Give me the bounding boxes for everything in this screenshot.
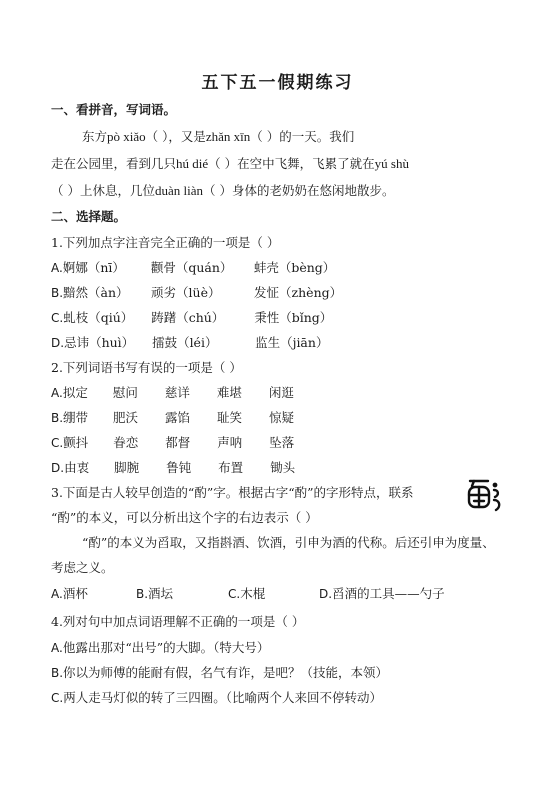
text: （ ），又是 bbox=[146, 129, 206, 144]
option-text: 木棍 bbox=[240, 586, 265, 601]
option-label: D. bbox=[51, 336, 64, 350]
option-item: 由衷 bbox=[64, 459, 114, 477]
option-label: C. bbox=[51, 691, 63, 705]
q2-option-b: B.绷带肥沃露馅耻笑惊疑 bbox=[51, 409, 294, 427]
option-label: A. bbox=[51, 386, 63, 400]
option-text: 他露出那对“出号”的大脚。（特大号） bbox=[63, 640, 270, 655]
option-item: 声呐 bbox=[217, 434, 269, 452]
option-item: 肥沃 bbox=[113, 409, 165, 427]
section1-line2: 走在公园里，看到几只hú dié（ ）在空中飞舞，飞累了就在yú shù bbox=[51, 155, 409, 173]
text: （ ）身体的老奶奶在悠闲地散步。 bbox=[203, 183, 394, 198]
q3-note-line1: “酌”的本义为舀取，又指斟酒、饮酒，引申为酒的代称。后还引申为度量、 bbox=[82, 534, 495, 552]
option-item: 坠落 bbox=[269, 434, 294, 452]
pinyin-duanlian: duàn liàn bbox=[155, 183, 203, 198]
option-label: A. bbox=[51, 587, 63, 601]
option-item: 耻笑 bbox=[217, 409, 269, 427]
option-item: 脚腕 bbox=[114, 459, 166, 477]
option-item: 惊疑 bbox=[269, 409, 294, 427]
option-item: 锄头 bbox=[270, 459, 295, 477]
q1-stem: 1.下列加点字注音完全正确的一项是（ ） bbox=[51, 234, 279, 252]
option-item: 眷恋 bbox=[113, 434, 165, 452]
option-text: 酒杯 bbox=[63, 586, 88, 601]
option-item: 婀娜（nī） bbox=[63, 259, 151, 277]
text: （ ）在空中飞舞，飞累了就在 bbox=[208, 156, 374, 171]
q3-stem-line2: “酌”的本义，可以分析出这个字的右边表示（ ） bbox=[51, 509, 318, 527]
pinyin-poxiao: pò xiǎo bbox=[107, 129, 146, 144]
q3-option-c: C.木棍 bbox=[228, 585, 319, 603]
option-label: B. bbox=[136, 587, 148, 601]
option-item: 颧骨（quán） bbox=[151, 259, 254, 277]
option-item: 都督 bbox=[165, 434, 217, 452]
option-item: 黯然（àn） bbox=[63, 284, 151, 302]
q1-option-d: D.忌讳（huì）擂鼓（léi）监生（jiān） bbox=[51, 334, 328, 352]
q3-option-a: A.酒杯 bbox=[51, 585, 136, 603]
q1-option-b: B.黯然（àn）顽劣（lüè）发怔（zhèng） bbox=[51, 284, 342, 302]
option-text: 舀酒的工具——勺子 bbox=[332, 586, 445, 601]
option-item: 忌讳（huì） bbox=[64, 334, 152, 352]
option-item: 发怔（zhèng） bbox=[254, 284, 342, 302]
page-title: 五下五一假期练习 bbox=[0, 68, 555, 93]
q3-note-line2: 考虑之义。 bbox=[51, 559, 114, 577]
q2-option-c: C.颤抖眷恋都督声呐坠落 bbox=[51, 434, 294, 452]
q3-option-b: B.酒坛 bbox=[136, 585, 228, 603]
q4-option-c: C.两人走马灯似的转了三四圈。（比喻两个人来回不停转动） bbox=[51, 689, 382, 707]
option-item: 颤抖 bbox=[63, 434, 113, 452]
q3-options: A.酒杯B.酒坛C.木棍D.舀酒的工具——勺子 bbox=[51, 585, 445, 603]
section1-line3: （ ）上休息，几位duàn liàn（ ）身体的老奶奶在悠闲地散步。 bbox=[51, 182, 394, 200]
q3-stem-line1: 3.下面是古人较早创造的“酌”字。根据古字“酌”的字形特点，联系 bbox=[51, 484, 414, 502]
q2-option-a: A.拟定慰问慈详难堪闲逛 bbox=[51, 384, 294, 402]
q4-stem: 4.列对句中加点词语理解不正确的一项是（ ） bbox=[51, 613, 304, 631]
q4-option-b: B.你以为师傅的能耐有假，名气有诈，是吧？（技能，本领） bbox=[51, 664, 388, 682]
section1-heading: 一、看拼音，写词语。 bbox=[51, 101, 176, 119]
q1-option-a: A.婀娜（nī）颧骨（quán）蚌壳（bèng） bbox=[51, 259, 335, 277]
option-label: D. bbox=[51, 461, 64, 475]
option-label: D. bbox=[319, 587, 332, 601]
option-item: 绷带 bbox=[63, 409, 113, 427]
option-item: 监生（jiān） bbox=[255, 334, 328, 352]
option-label: B. bbox=[51, 666, 63, 680]
option-item: 露馅 bbox=[165, 409, 217, 427]
text: 东方 bbox=[82, 129, 107, 144]
q1-option-c: C.虬枝（qiú）踌躇（chú）秉性（bǐng） bbox=[51, 309, 332, 327]
worksheet-page: 五下五一假期练习 一、看拼音，写词语。 东方pò xiǎo（ ），又是zhǎn … bbox=[0, 0, 555, 785]
option-item: 擂鼓（léi） bbox=[152, 334, 255, 352]
option-item: 慰问 bbox=[113, 384, 165, 402]
option-text: 你以为师傅的能耐有假，名气有诈，是吧？（技能，本领） bbox=[63, 665, 388, 680]
pinyin-hudie: hú dié bbox=[176, 156, 208, 171]
text: 走在公园里，看到几只 bbox=[51, 156, 176, 171]
option-item: 布置 bbox=[218, 459, 270, 477]
q3-option-d: D.舀酒的工具——勺子 bbox=[319, 585, 445, 603]
option-item: 秉性（bǐng） bbox=[254, 309, 332, 327]
option-text: 酒坛 bbox=[148, 586, 173, 601]
option-label: C. bbox=[228, 587, 240, 601]
option-item: 慈详 bbox=[165, 384, 217, 402]
option-item: 闲逛 bbox=[269, 384, 294, 402]
text: （ ）上休息，几位 bbox=[51, 183, 155, 198]
option-item: 鲁钝 bbox=[166, 459, 218, 477]
text: （ ）的一天。我们 bbox=[250, 129, 354, 144]
option-item: 蚌壳（bèng） bbox=[254, 259, 335, 277]
option-item: 拟定 bbox=[63, 384, 113, 402]
q4-option-a: A.他露出那对“出号”的大脚。（特大号） bbox=[51, 639, 269, 657]
option-item: 虬枝（qiú） bbox=[63, 309, 151, 327]
option-label: A. bbox=[51, 641, 63, 655]
q2-option-d: D.由衷脚腕鲁钝布置锄头 bbox=[51, 459, 295, 477]
option-label: C. bbox=[51, 311, 63, 325]
option-item: 难堪 bbox=[217, 384, 269, 402]
option-item: 顽劣（lüè） bbox=[151, 284, 254, 302]
section1-line1: 东方pò xiǎo（ ），又是zhǎn xīn（ ）的一天。我们 bbox=[82, 128, 354, 146]
option-text: 两人走马灯似的转了三四圈。（比喻两个人来回不停转动） bbox=[63, 690, 382, 705]
option-label: B. bbox=[51, 411, 63, 425]
q2-stem: 2.下列词语书写有误的一项是（ ） bbox=[51, 359, 242, 377]
ancient-character-icon bbox=[466, 476, 504, 514]
option-label: A. bbox=[51, 261, 63, 275]
option-label: B. bbox=[51, 286, 63, 300]
option-label: C. bbox=[51, 436, 63, 450]
option-item: 踌躇（chú） bbox=[151, 309, 254, 327]
section2-heading: 二、选择题。 bbox=[51, 208, 126, 226]
pinyin-yushu: yú shù bbox=[375, 156, 409, 171]
pinyin-zhanxin: zhǎn xīn bbox=[206, 129, 250, 144]
